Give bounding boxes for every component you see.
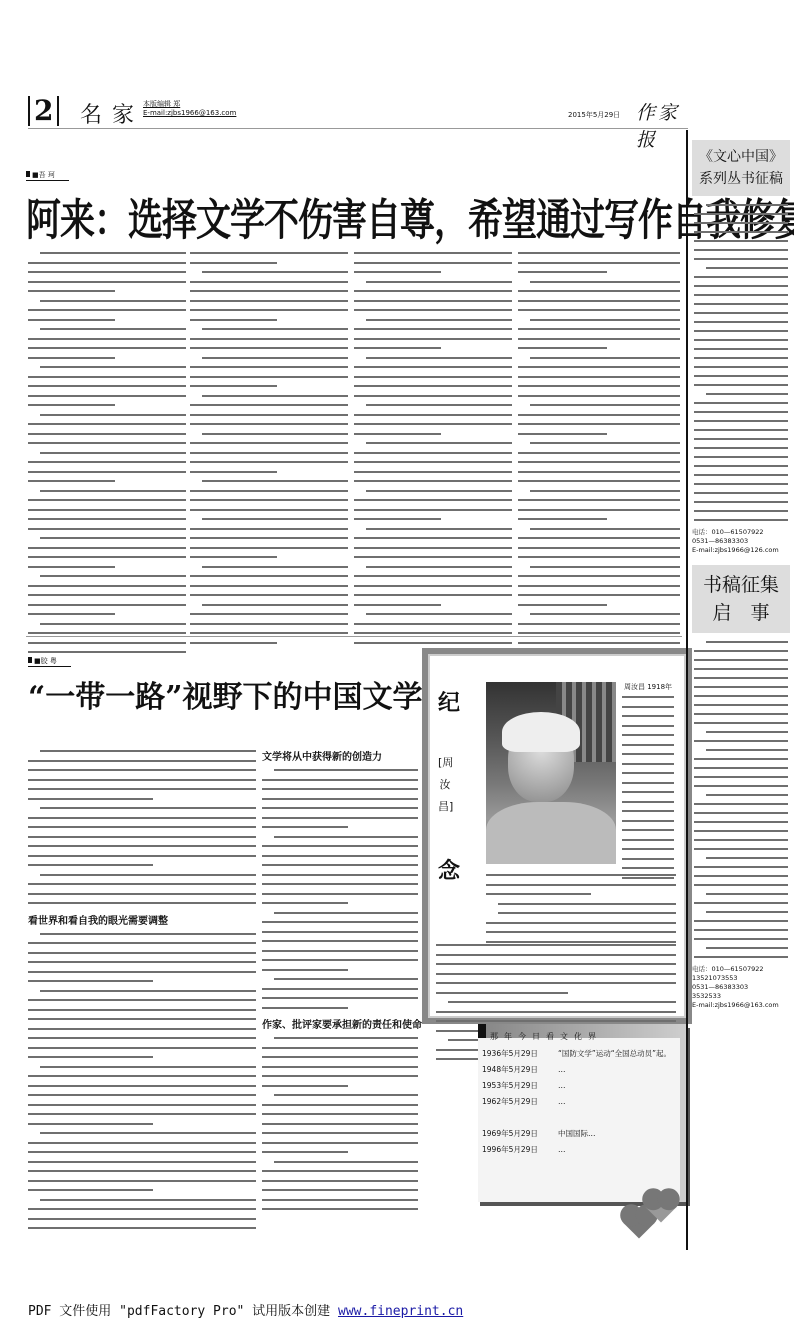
article2-subhead-1: 看世界和看自我的眼光需要调整 — [28, 912, 256, 927]
portrait-photo — [486, 682, 616, 864]
today-header: 那年今日看文化界 — [478, 1024, 680, 1038]
article1-headline: 阿来：选择文学不伤害自尊，希望通过写作自我修复 — [26, 186, 794, 249]
article2-subhead-2: 文学将从中获得新的创造力 — [262, 748, 418, 763]
article2-headline: “一带一路”视野下的中国文学 — [28, 672, 423, 716]
today-title: 那年今日看文化界 — [490, 1032, 602, 1041]
profile-title-bottom: 念 — [438, 854, 460, 885]
article1-byline: ■吾 珂 — [26, 170, 69, 181]
profile-text-lower — [486, 874, 676, 950]
issue-date: 2015年5月29日 — [568, 110, 620, 120]
profile-subject-name: [周汝昌] — [438, 752, 452, 818]
article2-column-1: 看世界和看自我的眼光需要调整 — [28, 750, 256, 1237]
today-item: 1948年5月29日… — [482, 1064, 566, 1075]
today-item: 1969年5月29日中国国际… — [482, 1128, 596, 1139]
today-item: 1996年5月29日… — [482, 1144, 566, 1155]
article1-column-4 — [518, 252, 680, 651]
today-item: 1936年5月29日“国防文学”运动“全国总动员”起。 — [482, 1048, 671, 1059]
editor-email: E-mail:zjbs1966@163.com — [143, 109, 236, 118]
profile-intro: 周汝昌 1918年 — [624, 682, 672, 692]
sidebar-box2-body — [694, 641, 788, 958]
article1-column-2 — [190, 252, 348, 651]
today-in-history-box: 那年今日看文化界 1936年5月29日“国防文学”运动“全国总动员”起。 194… — [478, 1024, 688, 1202]
editor-line: 本版编辑 郑 — [143, 100, 236, 109]
today-item: 1953年5月29日… — [482, 1080, 566, 1091]
sidebar-box2-contact: 电话：010—61507922 13521073553 0531—8638330… — [692, 965, 790, 1010]
masthead: 2 名家 本版编辑 郑 E-mail:zjbs1966@163.com 2015… — [28, 96, 688, 129]
article1-column-3 — [354, 252, 512, 651]
footer-text: PDF 文件使用 "pdfFactory Pro" 试用版本创建 — [28, 1304, 338, 1319]
sidebar-box1-title: 《文心中国》 系列丛书征稿 — [692, 140, 790, 196]
footer-link[interactable]: www.fineprint.cn — [338, 1304, 463, 1319]
profile-text-side — [622, 696, 674, 886]
section-title: 名家 — [80, 98, 144, 129]
sidebar-box1-body — [694, 204, 788, 521]
profile-box: 纪 [周汝昌] 念 周汝昌 1918年 — [422, 648, 692, 1024]
section-divider — [26, 636, 682, 637]
sidebar-box1-contact: 电话：010—61507922 0531—86383303 E-mail:zjb… — [692, 528, 790, 555]
editor-info: 本版编辑 郑 E-mail:zjbs1966@163.com — [143, 100, 236, 118]
paper-logo: 作家报 — [636, 98, 688, 152]
sidebar: 《文心中国》 系列丛书征稿 电话：010—61507922 0531—86383… — [686, 130, 794, 1250]
pdf-watermark-footer: PDF 文件使用 "pdfFactory Pro" 试用版本创建 www.fin… — [28, 1300, 463, 1319]
article2-byline: ■胶 粤 — [28, 656, 71, 667]
article1-column-1 — [28, 252, 186, 661]
profile-title-top: 纪 — [438, 686, 460, 717]
page-number: 2 — [28, 96, 59, 126]
article2-column-2: 文学将从中获得新的创造力 作家、批评家要承担新的责任和使命 — [262, 744, 418, 1218]
today-item: 1962年5月29日… — [482, 1096, 566, 1107]
sidebar-box2-title: 书稿征集 启 事 — [692, 565, 790, 633]
article2-subhead-3: 作家、批评家要承担新的责任和使命 — [262, 1016, 418, 1031]
